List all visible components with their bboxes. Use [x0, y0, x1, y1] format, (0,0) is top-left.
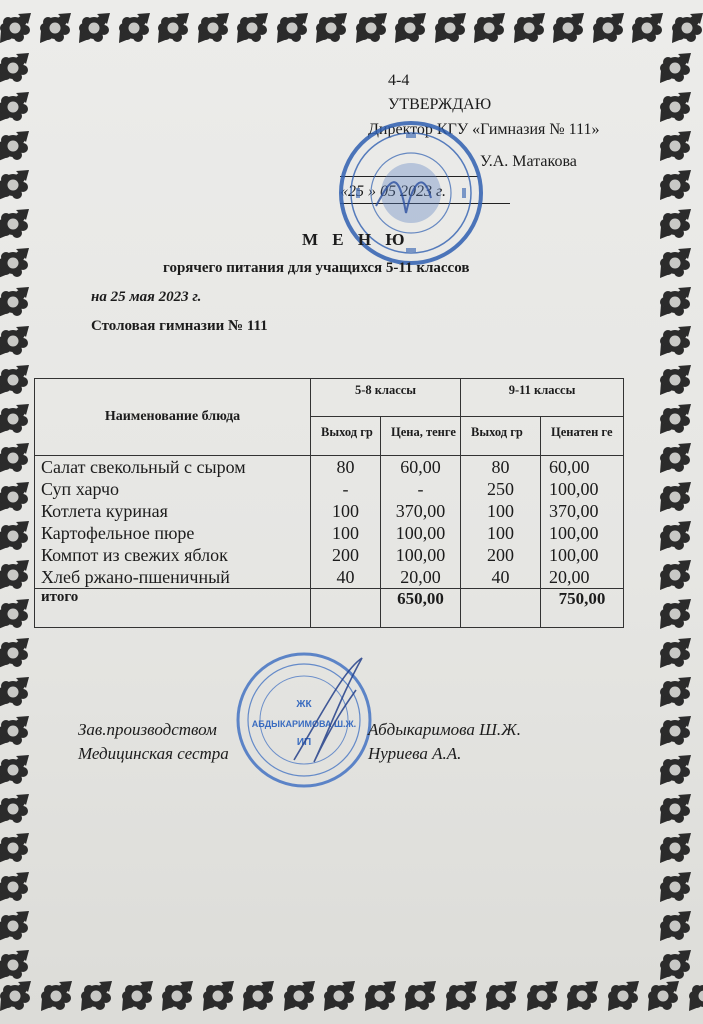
ornament-icon: [658, 793, 692, 825]
yield-5-8: 200: [311, 544, 381, 566]
ornament-icon: [160, 980, 194, 1012]
ornament-icon: [658, 754, 692, 786]
total-price-9-11: 750,00: [541, 589, 624, 628]
ornament-icon: [658, 715, 692, 747]
menu-table: Наименование блюда 5-8 классы 9-11 класс…: [34, 378, 624, 628]
ornament-icon: [658, 871, 692, 903]
ornament-icon: [512, 12, 546, 44]
ornament-icon: [687, 980, 703, 1012]
ornament-icon: [658, 364, 692, 396]
table-row: Салат свекольный с сыром8060,008060,00: [35, 456, 624, 479]
table-row: Хлеб ржано-пшеничный4020,004020,00: [35, 566, 624, 589]
ornament-icon: [0, 910, 30, 942]
dish-name: Салат свекольный с сыром: [35, 456, 311, 479]
table-row: Суп харчо--250100,00: [35, 478, 624, 500]
total-label: итого: [35, 589, 311, 628]
ornament-icon: [39, 980, 73, 1012]
ornament-icon: [658, 832, 692, 864]
ornament-icon: [0, 793, 30, 825]
ornament-icon: [196, 12, 230, 44]
column-group-9-11: 9-11 классы: [461, 379, 624, 417]
dish-name: Суп харчо: [35, 478, 311, 500]
ornament-icon: [0, 403, 30, 435]
price-5-8: -: [381, 478, 461, 500]
ornament-icon: [0, 286, 30, 318]
total-price-5-8: 650,00: [381, 589, 461, 628]
ornament-icon: [630, 12, 664, 44]
ornament-icon: [38, 12, 72, 44]
ornament-icon: [0, 91, 30, 123]
ornament-icon: [117, 12, 151, 44]
ornament-icon: [658, 676, 692, 708]
ornament-icon: [77, 12, 111, 44]
ornament-icon: [235, 12, 269, 44]
ornament-icon: [0, 676, 30, 708]
ornament-icon: [0, 832, 30, 864]
total-row: итого 650,00 750,00: [35, 589, 624, 628]
price-9-11: 100,00: [541, 544, 624, 566]
column-header-yield-9-11: Выход гр: [461, 417, 541, 456]
ornament-icon: [354, 12, 388, 44]
yield-5-8: 100: [311, 522, 381, 544]
ornament-icon: [658, 52, 692, 84]
ornament-icon: [658, 403, 692, 435]
yield-9-11: 100: [461, 522, 541, 544]
yield-5-8: 100: [311, 500, 381, 522]
ornament-icon: [551, 12, 585, 44]
column-header-price-9-11: Ценатен ге: [541, 417, 624, 456]
ornament-icon: [0, 598, 30, 630]
ornament-icon: [658, 91, 692, 123]
ornament-icon: [658, 286, 692, 318]
ornament-icon: [0, 442, 30, 474]
ornament-icon: [658, 637, 692, 669]
price-5-8: 60,00: [381, 456, 461, 479]
signature-role-production: Зав.производством: [78, 720, 217, 740]
yield-9-11: 40: [461, 566, 541, 589]
ornament-icon: [484, 980, 518, 1012]
ornament-icon: [0, 637, 30, 669]
price-5-8: 370,00: [381, 500, 461, 522]
table-row: Картофельное пюре100100,00100100,00: [35, 522, 624, 544]
dish-name: Картофельное пюре: [35, 522, 311, 544]
dish-name: Компот из свежих яблок: [35, 544, 311, 566]
yield-9-11: 200: [461, 544, 541, 566]
table-row: Котлета куриная100370,00100370,00: [35, 500, 624, 522]
ornament-icon: [565, 980, 599, 1012]
price-9-11: 20,00: [541, 566, 624, 589]
ornament-icon: [0, 12, 32, 44]
ornament-icon: [444, 980, 478, 1012]
ornament-icon: [658, 169, 692, 201]
column-header-dish: Наименование блюда: [35, 379, 311, 456]
ornament-icon: [658, 559, 692, 591]
ornament-icon: [322, 980, 356, 1012]
approval-title: УТВЕРЖДАЮ: [388, 96, 491, 114]
yield-9-11: 80: [461, 456, 541, 479]
price-5-8: 100,00: [381, 544, 461, 566]
ornament-icon: [0, 247, 30, 279]
ornament-icon: [363, 980, 397, 1012]
approval-director-name: У.А. Матакова: [480, 153, 577, 171]
table-row: Компот из свежих яблок200100,00200100,00: [35, 544, 624, 566]
approval-director: Директор КГУ «Гимназия № 111»: [368, 121, 599, 139]
signature-name-nurse: Нуриева А.А.: [368, 744, 461, 764]
ornament-icon: [0, 871, 30, 903]
ornament-icon: [658, 598, 692, 630]
ornament-icon: [658, 442, 692, 474]
ornament-icon: [0, 980, 32, 1012]
ornament-icon: [0, 559, 30, 591]
column-header-yield-5-8: Выход гр: [311, 417, 381, 456]
ornament-icon: [156, 12, 190, 44]
ornament-icon: [0, 52, 30, 84]
ornament-icon: [433, 12, 467, 44]
price-5-8: 100,00: [381, 522, 461, 544]
ornament-icon: [0, 481, 30, 513]
approval-date: «25 » 05 2023 г.: [340, 183, 446, 201]
ornament-icon: [525, 980, 559, 1012]
ornament-icon: [658, 481, 692, 513]
ornament-icon: [241, 980, 275, 1012]
signature-role-nurse: Медицинская сестра: [78, 744, 229, 764]
signature-name-production: Абдыкаримова Ш.Ж.: [368, 720, 521, 740]
dish-name: Хлеб ржано-пшеничный: [35, 566, 311, 589]
ornament-icon: [606, 980, 640, 1012]
ornament-icon: [393, 12, 427, 44]
ornament-icon: [670, 12, 703, 44]
ornament-icon: [0, 208, 30, 240]
price-9-11: 60,00: [541, 456, 624, 479]
ornament-icon: [658, 949, 692, 981]
ornament-icon: [658, 130, 692, 162]
ornament-icon: [275, 12, 309, 44]
total-empty-cell: [461, 589, 541, 628]
ornament-icon: [314, 12, 348, 44]
ornament-icon: [0, 325, 30, 357]
ornament-icon: [658, 325, 692, 357]
ornament-icon: [646, 980, 680, 1012]
ornament-icon: [201, 980, 235, 1012]
column-header-price-5-8: Цена, тенге: [381, 417, 461, 456]
yield-5-8: -: [311, 478, 381, 500]
ornament-icon: [120, 980, 154, 1012]
menu-date: на 25 мая 2023 г.: [91, 289, 201, 306]
ornament-icon: [658, 910, 692, 942]
signature-line: [340, 176, 478, 177]
document-code: 4-4: [388, 72, 409, 90]
menu-subtitle: горячего питания для учащихся 5-11 класс…: [163, 260, 469, 277]
price-9-11: 100,00: [541, 478, 624, 500]
ornament-icon: [0, 715, 30, 747]
ornament-icon: [0, 169, 30, 201]
ornament-icon: [0, 949, 30, 981]
price-9-11: 100,00: [541, 522, 624, 544]
ornament-icon: [658, 208, 692, 240]
price-5-8: 20,00: [381, 566, 461, 589]
ornament-icon: [472, 12, 506, 44]
total-empty-cell: [311, 589, 381, 628]
canteen-name: Столовая гимназии № 111: [91, 318, 268, 335]
dish-name: Котлета куриная: [35, 500, 311, 522]
ornament-icon: [658, 520, 692, 552]
ornament-icon: [658, 247, 692, 279]
yield-5-8: 80: [311, 456, 381, 479]
ornament-icon: [79, 980, 113, 1012]
ornament-icon: [0, 754, 30, 786]
price-9-11: 370,00: [541, 500, 624, 522]
ornament-icon: [0, 130, 30, 162]
yield-5-8: 40: [311, 566, 381, 589]
ornament-icon: [591, 12, 625, 44]
column-group-5-8: 5-8 классы: [311, 379, 461, 417]
ornament-icon: [282, 980, 316, 1012]
menu-title: М Е Н Ю: [302, 230, 410, 250]
ornament-icon: [0, 364, 30, 396]
yield-9-11: 100: [461, 500, 541, 522]
yield-9-11: 250: [461, 478, 541, 500]
ornament-icon: [403, 980, 437, 1012]
date-underline: [340, 203, 510, 204]
ornament-icon: [0, 520, 30, 552]
